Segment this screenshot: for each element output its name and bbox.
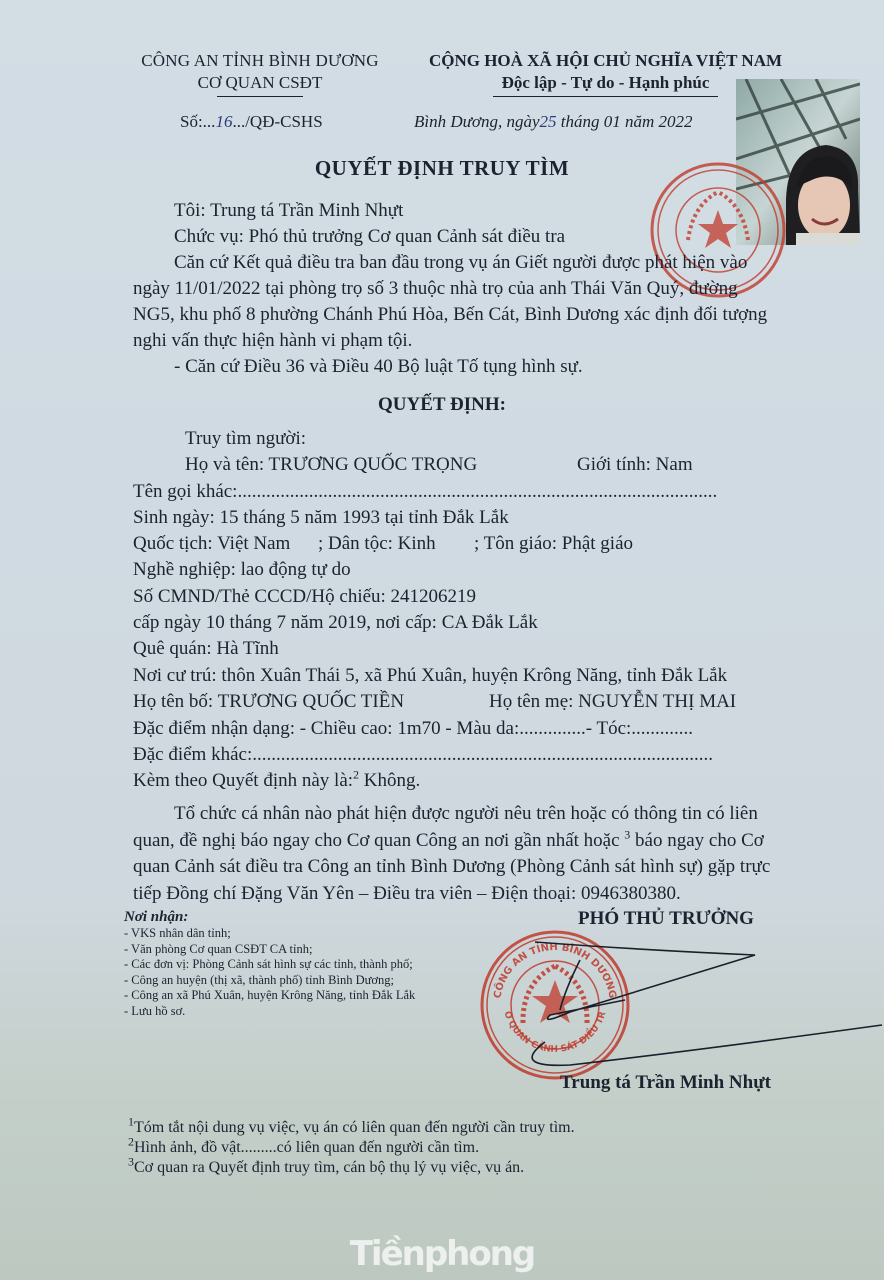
search-for-label: Truy tìm người: bbox=[185, 426, 306, 452]
footnotes: 1Tóm tắt nội dung vụ việc, vụ án có liên… bbox=[128, 1118, 575, 1178]
other-features: Đặc điểm khác:..........................… bbox=[133, 742, 713, 768]
footnote-1: 1Tóm tắt nội dung vụ việc, vụ án có liên… bbox=[128, 1118, 575, 1138]
document-date: Bình Dương, ngày25 tháng 01 năm 2022 bbox=[414, 112, 693, 132]
notice-line-2b: báo ngay cho Cơ bbox=[630, 830, 764, 851]
document-title: QUYẾT ĐỊNH TRUY TÌM bbox=[0, 156, 884, 181]
footnote-3: 3Cơ quan ra Quyết định truy tìm, cán bộ … bbox=[128, 1158, 575, 1178]
basis-line-2: ngày 11/01/2022 tại phòng trọ số 3 thuộc… bbox=[133, 276, 738, 302]
basis-line-3: NG5, khu phố 8 phường Chánh Phú Hòa, Bến… bbox=[133, 302, 767, 328]
date-prefix: Bình Dương, ngày bbox=[414, 112, 540, 131]
doc-number-handwritten: 16 bbox=[215, 112, 232, 131]
position-line: Chức vụ: Phó thủ trưởng Cơ quan Cảnh sát… bbox=[174, 224, 565, 250]
father-name: Họ tên bố: TRƯƠNG QUỐC TIỀN bbox=[133, 689, 404, 715]
document-page: CÔNG AN TỈNH BÌNH DƯƠNG CƠ QUAN CSĐT CỘN… bbox=[0, 0, 884, 1280]
issuer-line: Tôi: Trung tá Trần Minh Nhựt bbox=[174, 198, 403, 224]
agency-division: CƠ QUAN CSĐT bbox=[120, 72, 400, 94]
nationality: Quốc tịch: Việt Nam bbox=[133, 531, 290, 557]
recipient-item: - Các đơn vị: Phòng Cảnh sát hình sự các… bbox=[124, 957, 415, 973]
recipients-heading: Nơi nhận: bbox=[124, 908, 415, 926]
doc-number-suffix: .../QĐ-CSHS bbox=[232, 112, 322, 131]
gender: Giới tính: Nam bbox=[577, 452, 693, 478]
publisher-watermark: Tiềnphong bbox=[0, 1234, 884, 1274]
notice-line-3: quan Cảnh sát điều tra Công an tỉnh Bình… bbox=[133, 854, 770, 880]
agency-name: CÔNG AN TỈNH BÌNH DƯƠNG bbox=[120, 50, 400, 72]
recipient-item: - Lưu hồ sơ. bbox=[124, 1004, 415, 1020]
alias-field: Tên gọi khác:...........................… bbox=[133, 479, 717, 505]
notice-line-2: quan, đề nghị báo ngay cho Cơ quan Công … bbox=[133, 828, 764, 854]
doc-number-prefix: Số:... bbox=[180, 112, 215, 131]
birth-info: Sinh ngày: 15 tháng 5 năm 1993 tại tỉnh … bbox=[133, 505, 509, 531]
recipients-list: Nơi nhận: - VKS nhân dân tỉnh; - Văn phò… bbox=[124, 908, 415, 1019]
motto-underline bbox=[493, 96, 718, 97]
footnote-2: 2Hình ảnh, đồ vật.........có liên quan đ… bbox=[128, 1138, 575, 1158]
decision-heading: QUYẾT ĐỊNH: bbox=[0, 394, 884, 416]
ethnicity: ; Dân tộc: Kinh bbox=[318, 531, 436, 557]
basis-line-4: nghi vấn thực hiện hành vi phạm tội. bbox=[133, 328, 412, 354]
notice-line-1: Tổ chức cá nhân nào phát hiện được người… bbox=[174, 801, 758, 827]
recipient-item: - Công an xã Phú Xuân, huyện Krông Năng,… bbox=[124, 988, 415, 1004]
signatory-name: Trung tá Trần Minh Nhựt bbox=[560, 1072, 771, 1094]
residence: Nơi cư trú: thôn Xuân Thái 5, xã Phú Xuâ… bbox=[133, 663, 727, 689]
issuing-agency: CÔNG AN TỈNH BÌNH DƯƠNG CƠ QUAN CSĐT bbox=[120, 50, 400, 97]
agency-underline bbox=[217, 96, 303, 97]
attachments-value: Không. bbox=[359, 770, 420, 791]
handwritten-signature-icon bbox=[520, 930, 884, 1070]
id-number: Số CMND/Thẻ CCCD/Hộ chiếu: 241206219 bbox=[133, 584, 476, 610]
notice-line-2a: quan, đề nghị báo ngay cho Cơ quan Công … bbox=[133, 830, 624, 851]
identifying-features: Đặc điểm nhận dạng: - Chiều cao: 1m70 - … bbox=[133, 716, 693, 742]
date-suffix: tháng 01 năm 2022 bbox=[557, 112, 693, 131]
full-name: Họ và tên: TRƯƠNG QUỐC TRỌNG bbox=[185, 452, 477, 478]
document-number: Số:...16.../QĐ-CSHS bbox=[180, 112, 323, 132]
id-issued: cấp ngày 10 tháng 7 năm 2019, nơi cấp: C… bbox=[133, 610, 538, 636]
date-day-handwritten: 25 bbox=[540, 112, 557, 131]
hometown: Quê quán: Hà Tĩnh bbox=[133, 636, 279, 662]
recipient-item: - Công an huyện (thị xã, thành phố) tỉnh… bbox=[124, 973, 415, 989]
religion: ; Tôn giáo: Phật giáo bbox=[474, 531, 633, 557]
basis-line-1: Căn cứ Kết quả điều tra ban đầu trong vụ… bbox=[174, 250, 747, 276]
nation-name: CỘNG HOÀ XÃ HỘI CHỦ NGHĨA VIỆT NAM bbox=[408, 50, 803, 72]
occupation: Nghề nghiệp: lao động tự do bbox=[133, 557, 351, 583]
legal-basis-line: - Căn cứ Điều 36 và Điều 40 Bộ luật Tố t… bbox=[174, 354, 583, 380]
attachments-label: Kèm theo Quyết định này là: bbox=[133, 770, 353, 791]
attachments: Kèm theo Quyết định này là:2 Không. bbox=[133, 768, 420, 794]
recipient-item: - Văn phòng Cơ quan CSĐT CA tỉnh; bbox=[124, 942, 415, 958]
mother-name: Họ tên mẹ: NGUYỄN THỊ MAI bbox=[489, 689, 736, 715]
notice-line-4: tiếp Đồng chí Đặng Văn Yên – Điều tra vi… bbox=[133, 881, 681, 907]
signatory-title: PHÓ THỦ TRƯỞNG bbox=[578, 908, 754, 930]
recipient-item: - VKS nhân dân tỉnh; bbox=[124, 926, 415, 942]
